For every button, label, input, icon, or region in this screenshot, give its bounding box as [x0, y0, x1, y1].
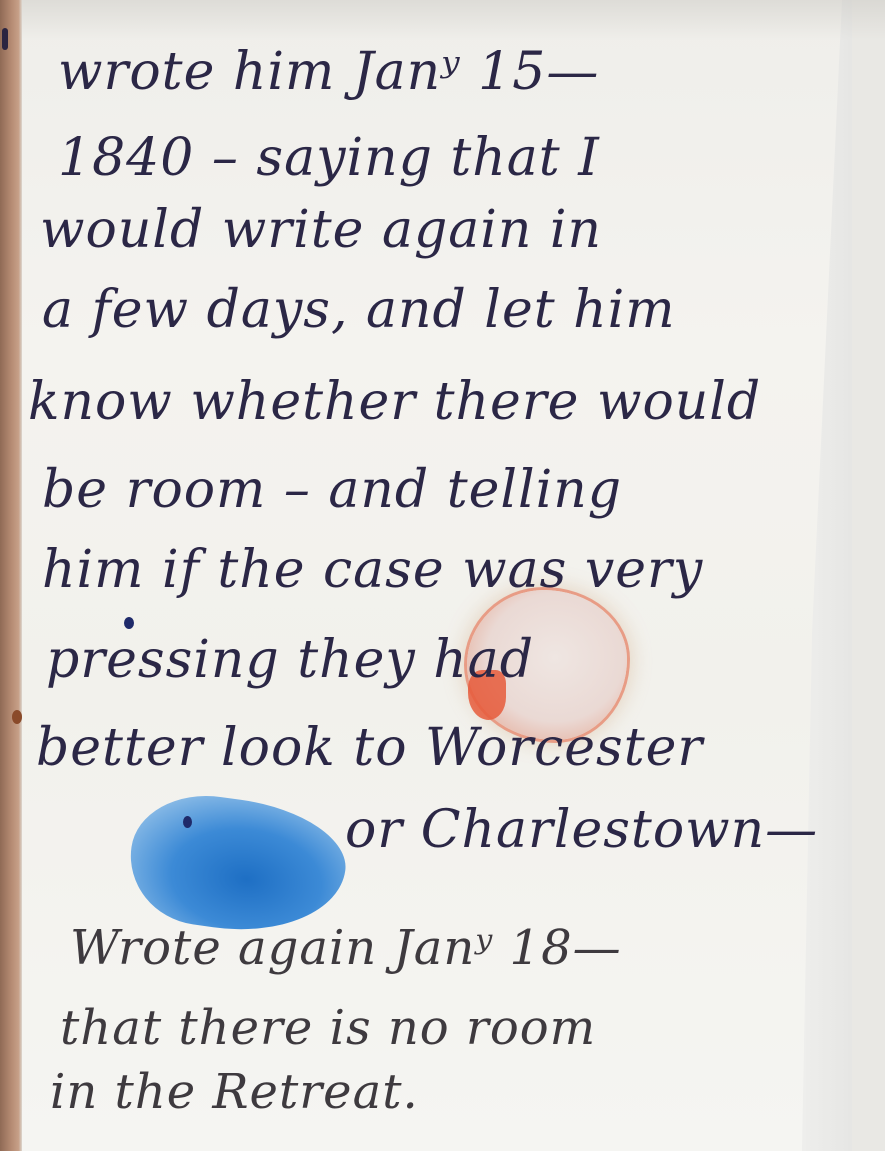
page-fold-shadow	[22, 0, 885, 40]
handwritten-line: Wrote again Janʸ 18—	[70, 920, 622, 976]
handwritten-line: him if the case was very	[42, 540, 703, 600]
handwritten-line: know whether there would	[28, 372, 761, 432]
handwritten-line: wrote him Janʸ 15—	[58, 42, 599, 102]
ink-dot	[124, 617, 134, 629]
handwritten-line: be room – and telling	[42, 460, 622, 520]
handwritten-line: would write again in	[40, 200, 602, 260]
rust-spot	[12, 710, 22, 724]
handwritten-line: or Charlestown—	[345, 800, 818, 860]
handwritten-line: better look to Worcester	[36, 718, 703, 778]
handwritten-line: a few days, and let him	[42, 280, 676, 340]
handwritten-line: in the Retreat.	[50, 1064, 419, 1120]
ink-dot	[183, 816, 192, 828]
handwritten-line: pressing they had	[46, 630, 534, 690]
binding-ink-mark	[2, 28, 8, 50]
book-binding-edge	[0, 0, 22, 1151]
page-edge	[802, 0, 852, 1151]
handwritten-line: 1840 – saying that I	[58, 128, 600, 188]
handwritten-line: that there is no room	[60, 1000, 596, 1056]
